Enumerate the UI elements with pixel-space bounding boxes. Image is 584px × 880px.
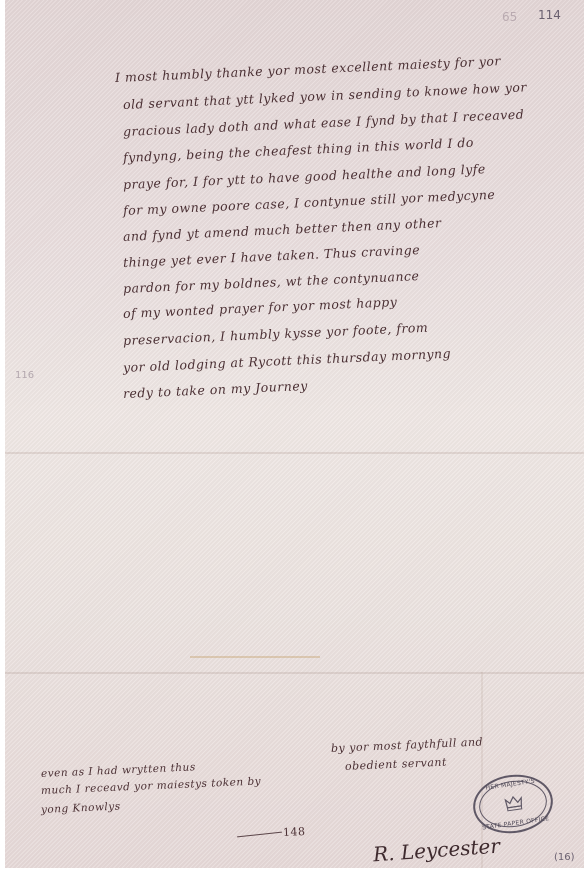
postscript-line: even as I had wrytten thus	[41, 761, 196, 780]
letter-line: praye for, I for ytt to have good health…	[123, 161, 486, 192]
pen-stroke	[237, 832, 282, 838]
closing-line: obedient servant	[345, 756, 447, 773]
crown-icon	[504, 794, 524, 812]
fold-line	[5, 672, 584, 674]
postscript-line: much I receavd yor maiestys token by	[41, 775, 262, 797]
letter-line: old servant that ytt lyked yow in sendin…	[123, 79, 527, 112]
letter-line: for my owne poore case, I contynue still…	[123, 187, 496, 218]
fold-line	[5, 452, 584, 454]
folio-number-faint: 65	[502, 10, 517, 24]
letter-line: yor old lodging at Rycott this thursday …	[123, 346, 452, 375]
letter-line: thinge yet ever I have taken. Thus cravi…	[123, 242, 421, 270]
stain	[190, 656, 320, 658]
folio-number-bottom: (16)	[554, 852, 575, 863]
letter-line: of my wonted prayer for yor most happy	[123, 294, 398, 321]
letter-line: I most humbly thanke yor most excellent …	[115, 53, 501, 85]
letter-line: pardon for my boldnes, wt the contynuanc…	[123, 268, 420, 296]
closing-line: by yor most faythfull and	[331, 735, 484, 755]
folio-number-top: 114	[538, 8, 561, 22]
letter-line: and fynd yt amend much better then any o…	[123, 215, 442, 244]
letter-line: redy to take on my Journey	[123, 378, 308, 401]
manuscript-page: 114 65 116 I most humbly thanke yor most…	[5, 0, 584, 868]
letter-line: fyndyng, being the cheafest thing in thi…	[123, 135, 475, 165]
page-number-mid: 148	[283, 825, 306, 839]
letter-line: preservacion, I humbly kysse yor foote, …	[123, 320, 429, 348]
margin-note: 116	[15, 370, 34, 381]
postscript-line: yong Knowlys	[41, 801, 121, 816]
